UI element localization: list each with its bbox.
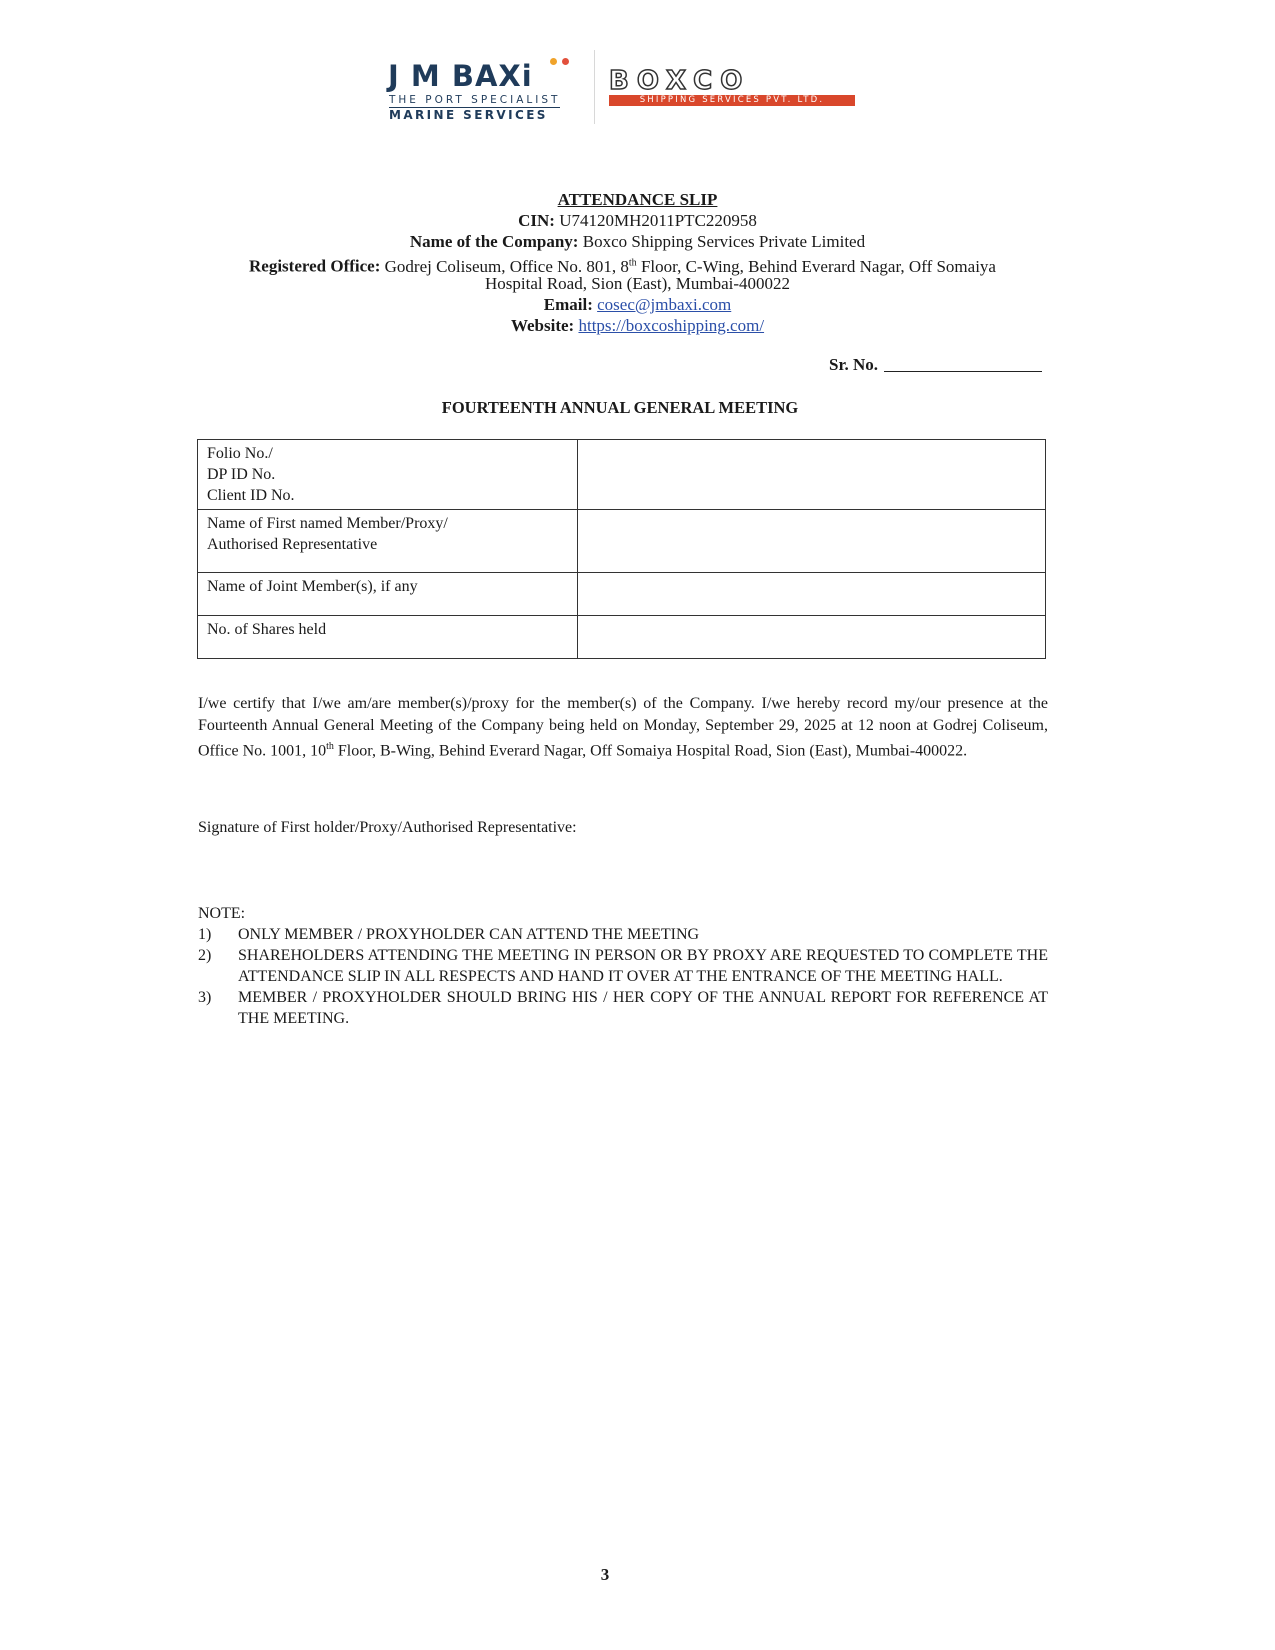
note-item: 2)SHAREHOLDERS ATTENDING THE MEETING IN … <box>198 945 1048 987</box>
form-row: No. of Shares held <box>198 616 1046 659</box>
note-item: 3)MEMBER / PROXYHOLDER SHOULD BRING HIS … <box>198 987 1048 1029</box>
note-number: 3) <box>198 987 238 1029</box>
company-value: Boxco Shipping Services Private Limited <box>583 232 865 251</box>
notes-section: NOTE: 1)ONLY MEMBER / PROXYHOLDER CAN AT… <box>198 903 1048 1029</box>
jm-baxi-subtitle: MARINE SERVICES <box>389 108 548 122</box>
note-text: MEMBER / PROXYHOLDER SHOULD BRING HIS / … <box>238 987 1048 1029</box>
email-line: Email: cosec@jmbaxi.com <box>0 294 1275 315</box>
email-link[interactable]: cosec@jmbaxi.com <box>597 295 731 314</box>
page-number: 3 <box>0 1565 1210 1585</box>
boxco-name: BOXCO <box>609 68 855 92</box>
website-line: Website: https://boxcoshipping.com/ <box>0 315 1275 336</box>
office-line-2: Hospital Road, Sion (East), Mumbai-40002… <box>0 273 1275 294</box>
note-item: 1)ONLY MEMBER / PROXYHOLDER CAN ATTEND T… <box>198 924 1048 945</box>
cin-label: CIN: <box>518 211 555 230</box>
notes-heading: NOTE: <box>198 903 1048 924</box>
logo-divider <box>594 50 595 124</box>
website-label: Website: <box>511 316 574 335</box>
serial-number-field[interactable] <box>884 371 1042 372</box>
red-dot-icon <box>562 58 569 65</box>
form-row-label: Folio No./DP ID No.Client ID No. <box>198 440 578 510</box>
cin-value: U74120MH2011PTC220958 <box>559 211 757 230</box>
website-link[interactable]: https://boxcoshipping.com/ <box>578 316 764 335</box>
serial-number: Sr. No. <box>829 355 1042 375</box>
logo-dots-icon <box>550 52 574 70</box>
jm-baxi-logo: J M BAXi THE PORT SPECIALIST MARINE SERV… <box>388 50 583 122</box>
orange-dot-icon <box>550 58 557 65</box>
note-number: 1) <box>198 924 238 945</box>
form-row-value-field[interactable] <box>578 440 1046 510</box>
boxco-logo: BOXCO SHIPPING SERVICES PVT. LTD. <box>609 68 859 108</box>
boxco-subtitle: SHIPPING SERVICES PVT. LTD. <box>609 95 855 106</box>
form-row: Name of Joint Member(s), if any <box>198 573 1046 616</box>
form-row-label: No. of Shares held <box>198 616 578 659</box>
form-row-label: Name of Joint Member(s), if any <box>198 573 578 616</box>
email-label: Email: <box>544 295 593 314</box>
form-row-value-field[interactable] <box>578 510 1046 573</box>
company-label: Name of the Company: <box>410 232 579 251</box>
form-row-label: Name of First named Member/Proxy/Authori… <box>198 510 578 573</box>
note-text: SHAREHOLDERS ATTENDING THE MEETING IN PE… <box>238 945 1048 987</box>
form-row-value-field[interactable] <box>578 573 1046 616</box>
jm-baxi-tagline: THE PORT SPECIALIST <box>389 94 560 108</box>
page-title: ATTENDANCE SLIP <box>0 189 1275 210</box>
cin-line: CIN: U74120MH2011PTC220958 <box>0 210 1275 231</box>
form-row: Name of First named Member/Proxy/Authori… <box>198 510 1046 573</box>
serial-number-label: Sr. No. <box>829 355 878 374</box>
signature-label: Signature of First holder/Proxy/Authoris… <box>198 819 577 837</box>
note-number: 2) <box>198 945 238 987</box>
note-text: ONLY MEMBER / PROXYHOLDER CAN ATTEND THE… <box>238 924 1048 945</box>
jm-baxi-name: J M BAXi <box>388 60 533 92</box>
form-row: Folio No./DP ID No.Client ID No. <box>198 440 1046 510</box>
meeting-heading: FOURTEENTH ANNUAL GENERAL MEETING <box>0 398 1240 418</box>
form-row-value-field[interactable] <box>578 616 1046 659</box>
attendance-form-table: Folio No./DP ID No.Client ID No.Name of … <box>197 439 1046 659</box>
notes-list: 1)ONLY MEMBER / PROXYHOLDER CAN ATTEND T… <box>198 924 1048 1029</box>
certification-text: I/we certify that I/we am/are member(s)/… <box>198 693 1048 762</box>
company-line: Name of the Company: Boxco Shipping Serv… <box>0 231 1275 252</box>
